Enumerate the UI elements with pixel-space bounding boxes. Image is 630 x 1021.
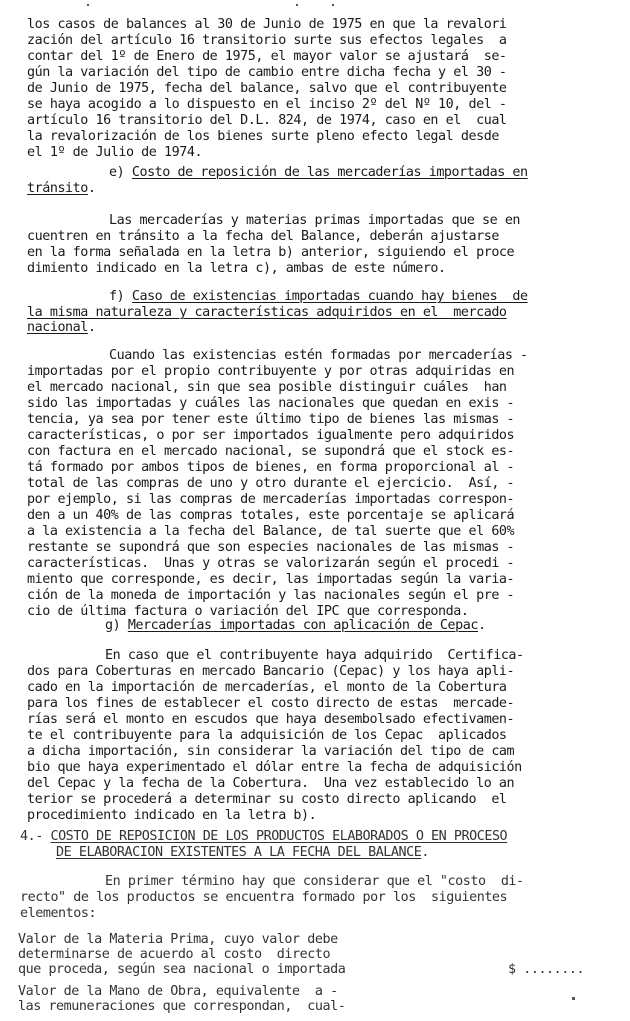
- section-e-heading: e) Costo de reposición de las mercadería…: [109, 165, 528, 180]
- scan-artifact: [87, 4, 89, 6]
- section-4-heading: 4.- COSTO DE REPOSICION DE LOS PRODUCTOS…: [20, 829, 507, 844]
- text-line: Valor de la Materia Prima, cuyo valor de…: [18, 932, 338, 947]
- text-line: den a un 40% de las compras totales, est…: [27, 508, 514, 523]
- section-f-heading-cont: la misma naturaleza y características ad…: [27, 305, 507, 320]
- section-f-title: Caso de existencias importadas cuando ha…: [132, 289, 528, 304]
- scan-artifact: [332, 4, 334, 6]
- text-line: bio que haya experimentado el dólar entr…: [27, 760, 522, 775]
- section-g-prefix: g): [105, 618, 128, 633]
- section-e-heading-cont: tránsito.: [27, 181, 96, 196]
- text-line: gún la variación del tipo de cambio entr…: [27, 65, 507, 80]
- text-line: contar del 1º de Enero de 1975, el mayor…: [27, 49, 507, 64]
- text-line: el mercado nacional, sin que sea posible…: [27, 380, 507, 395]
- text-line: restante se supondrá que son especies na…: [27, 540, 514, 555]
- text-line: Cuando las existencias estén formadas po…: [109, 348, 528, 363]
- section-4-title: COSTO DE REPOSICION DE LOS PRODUCTOS ELA…: [50, 829, 507, 844]
- text-line: el 1º de Julio de 1974.: [27, 145, 202, 160]
- text-line: terior se procederá a determinar su cost…: [27, 792, 507, 807]
- section-e-prefix: e): [109, 165, 132, 180]
- text-line: la revalorización de los bienes surte pl…: [27, 129, 499, 144]
- text-line: te el contribuyente para la adquisición …: [27, 728, 507, 743]
- text-line: procedimiento indicado en la letra b).: [27, 808, 316, 823]
- text-line: En primer término hay que considerar que…: [105, 874, 524, 889]
- text-line: del Cepac y la fecha de la Cobertura. Un…: [27, 776, 514, 791]
- text-line: los casos de balances al 30 de Junio de …: [27, 17, 507, 32]
- text-line: elementos:: [20, 906, 96, 921]
- punctuation: .: [478, 618, 486, 633]
- text-line: tencia, ya sea por tener este último tip…: [27, 412, 514, 427]
- text-line: importadas por el propio contribuyente y…: [27, 364, 514, 379]
- punctuation: .: [421, 845, 429, 860]
- text-line: sido las importadas y cuáles las naciona…: [27, 396, 514, 411]
- section-f-title-cont: la misma naturaleza y características ad…: [27, 305, 507, 320]
- section-4-heading-cont: DE ELABORACION EXISTENTES A LA FECHA DEL…: [56, 845, 429, 860]
- section-f-title-cont2: nacional: [27, 320, 88, 335]
- text-line: a la existencia a la fecha del Balance, …: [27, 524, 514, 539]
- section-e-title: Costo de reposición de las mercaderías i…: [132, 165, 528, 180]
- text-line: En caso que el contribuyente haya adquir…: [105, 648, 524, 663]
- text-line: a dicha importación, sin considerar la v…: [27, 744, 514, 759]
- text-line: Valor de la Mano de Obra, equivalente a …: [18, 984, 338, 999]
- text-line: zación del artículo 16 transitorio surte…: [27, 33, 507, 48]
- text-line: que proceda, según sea nacional o import…: [18, 962, 345, 977]
- text-line: tá formado por ambos tipos de bienes, en…: [27, 460, 514, 475]
- text-line: de Junio de 1975, fecha del balance, sal…: [27, 81, 507, 96]
- section-4-title-cont: DE ELABORACION EXISTENTES A LA FECHA DEL…: [56, 845, 421, 860]
- text-line: características. Unas y otras se valoriz…: [27, 556, 514, 571]
- text-line: recto" de los productos se encuentra for…: [20, 890, 507, 905]
- section-f-heading-cont2: nacional.: [27, 320, 96, 335]
- text-line: se haya acogido a lo dispuesto en el inc…: [27, 97, 507, 112]
- scan-artifact: [296, 4, 298, 6]
- section-e-title-cont: tránsito: [27, 181, 88, 196]
- document-page: los casos de balances al 30 de Junio de …: [0, 0, 630, 1021]
- text-line: dos para Coberturas en mercado Bancario …: [27, 664, 514, 679]
- text-line: cado en la importación de mercaderías, e…: [27, 680, 507, 695]
- text-line: con factura en el mercado nacional, se s…: [27, 444, 514, 459]
- amount-placeholder: $ ........: [508, 962, 584, 977]
- text-line: Las mercaderías y materias primas import…: [109, 213, 520, 228]
- text-line: cio de última factura o variación del IP…: [27, 604, 469, 619]
- text-line: rías será el monto en escudos que haya d…: [27, 712, 514, 727]
- section-f-prefix: f): [109, 289, 132, 304]
- text-line: artículo 16 transitorio del D.L. 824, de…: [27, 113, 507, 128]
- text-line: por ejemplo, si las compras de mercaderí…: [27, 492, 514, 507]
- section-f-heading: f) Caso de existencias importadas cuando…: [109, 289, 528, 304]
- section-g-heading: g) Mercaderías importadas con aplicación…: [105, 618, 486, 633]
- punctuation: .: [88, 320, 96, 335]
- text-line: dimiento indicado en la letra c), ambas …: [27, 261, 446, 276]
- text-line: miento que corresponde, es decir, las im…: [27, 572, 514, 587]
- text-line: cuentren en tránsito a la fecha del Bala…: [27, 229, 499, 244]
- text-line: para los fines de establecer el costo di…: [27, 696, 514, 711]
- text-line: las remuneraciones que correspondan, cua…: [18, 999, 345, 1014]
- section-g-title: Mercaderías importadas con aplicación de…: [128, 618, 478, 633]
- text-line: total de las compras de uno y otro duran…: [27, 476, 514, 491]
- text-line: determinarse de acuerdo al costo directo: [18, 947, 330, 962]
- text-line: ción de la moneda de importación y las n…: [27, 588, 514, 603]
- text-line: características, o por ser importados ig…: [27, 428, 514, 443]
- section-4-number: 4.-: [20, 829, 50, 844]
- scan-artifact: [572, 997, 575, 1000]
- punctuation: .: [88, 181, 96, 196]
- text-line: en la forma señalada en la letra b) ante…: [27, 245, 514, 260]
